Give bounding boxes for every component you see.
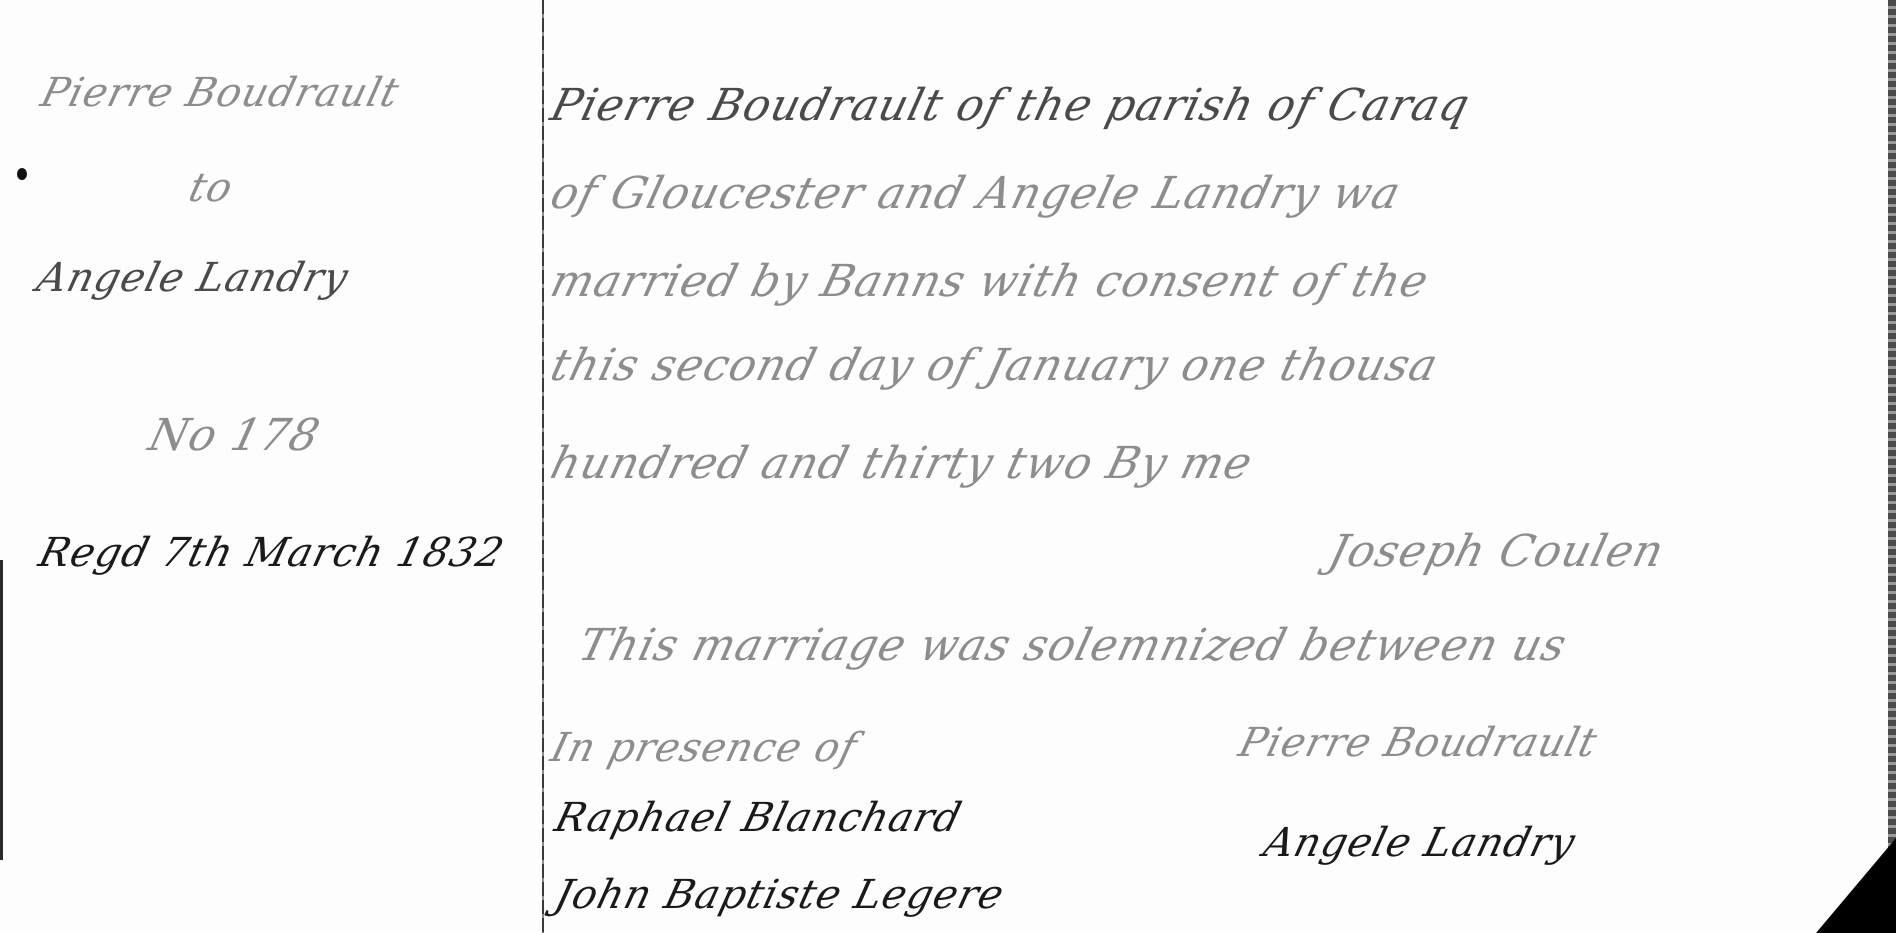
register-page: Pierre Boudrault to Angele Landry No 178…	[0, 0, 1896, 933]
ink-blot	[17, 168, 27, 180]
margin-registered-date: Regd 7th March 1832	[34, 530, 509, 576]
page-right-edge	[1888, 0, 1896, 933]
entry-line-1: Pierre Boudrault of the parish of Caraq	[546, 80, 1476, 131]
margin-entry-number: No 178	[144, 410, 326, 461]
witness-heading: In presence of	[546, 725, 862, 771]
page-edge-mark	[0, 560, 3, 860]
witness-2-signature: John Baptiste Legere	[550, 872, 1009, 918]
margin-groom-name: Pierre Boudrault	[36, 70, 404, 116]
groom-signature: Pierre Boudrault	[1234, 720, 1602, 766]
margin-connector: to	[184, 165, 238, 211]
officiant-signature: Joseph Coulen	[1324, 526, 1670, 577]
entry-line-3: married by Banns with consent of the	[546, 256, 1434, 307]
page-corner-shadow	[1816, 838, 1896, 933]
witness-1-signature: Raphael Blanchard	[550, 795, 966, 841]
entry-line-5: hundred and thirty two By me	[546, 438, 1258, 489]
solemnized-statement: This marriage was solemnized between us	[574, 620, 1573, 671]
margin-divider-line	[542, 0, 544, 933]
bride-signature: Angele Landry	[1259, 820, 1580, 866]
margin-bride-name: Angele Landry	[32, 255, 353, 301]
entry-line-4: this second day of January one thousa	[546, 340, 1444, 391]
entry-line-2: of Gloucester and Angele Landry wa	[546, 168, 1406, 219]
